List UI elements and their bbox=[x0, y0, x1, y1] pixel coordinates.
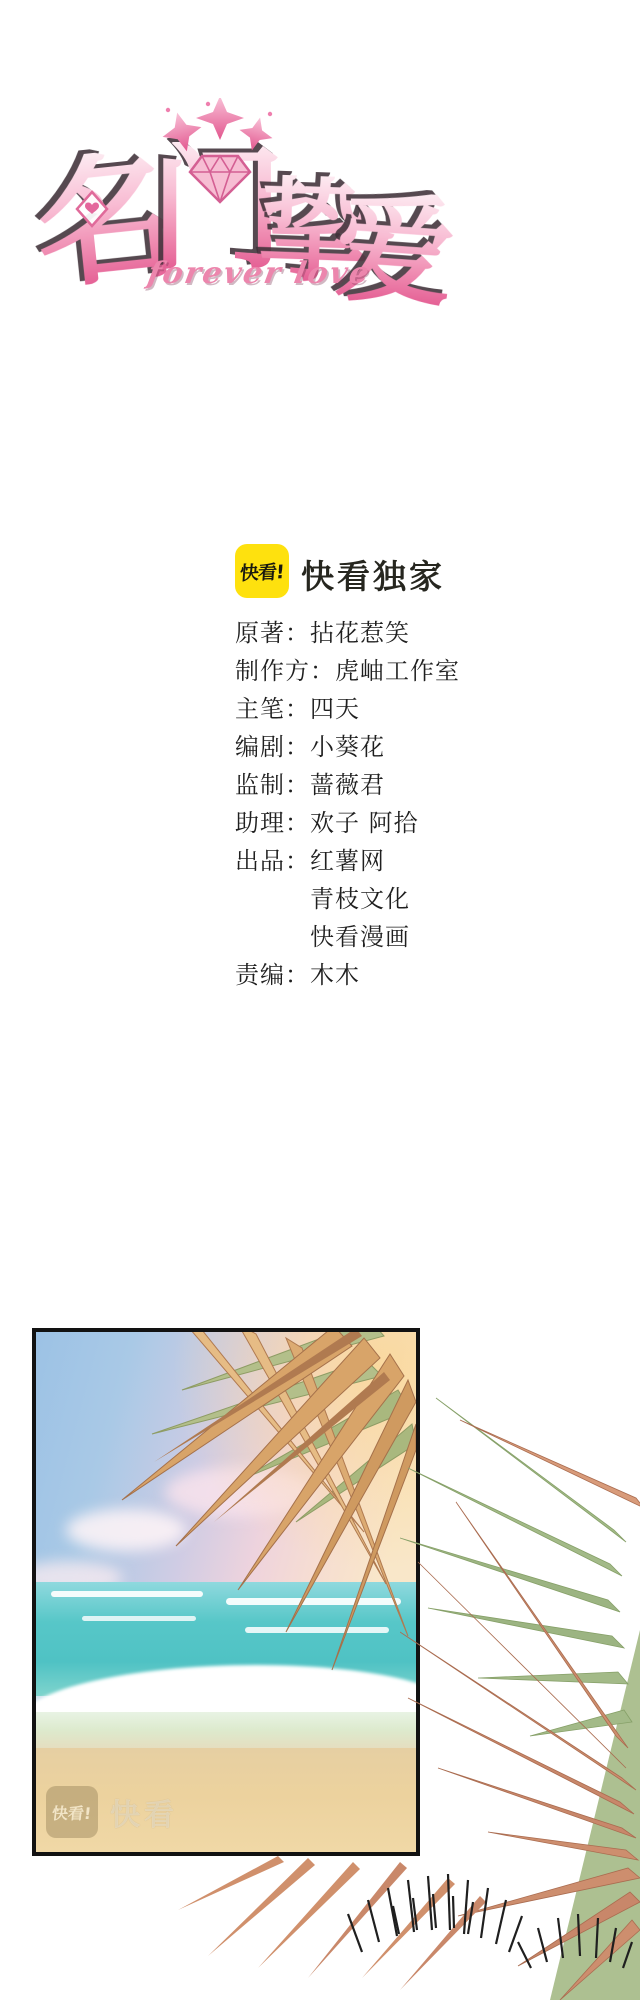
credit-lead-artist: 主笔：四天 bbox=[235, 690, 595, 728]
credit-supervisor: 监制：蔷薇君 bbox=[235, 766, 595, 804]
spiky-grass-lines bbox=[348, 1874, 632, 1968]
credits-list: 原著：拈花惹笑 制作方：虎岫工作室 主笔：四天 编剧：小葵花 监制：蔷薇君 助理… bbox=[235, 614, 595, 994]
palm-fronds-inside-photo bbox=[34, 1332, 416, 1852]
credit-presented-by-3: 快看漫画 bbox=[235, 918, 595, 956]
credit-original-author: 原著：拈花惹笑 bbox=[235, 614, 595, 652]
title-subtitle: forever love bbox=[145, 256, 374, 291]
credit-assistant: 助理：欢子 阿拾 bbox=[235, 804, 595, 842]
kuaikan-badge-text: 快看! bbox=[239, 557, 285, 586]
title-logo: 名 门 挚 爱 forever love bbox=[0, 0, 640, 340]
credit-production: 制作方：虎岫工作室 bbox=[235, 652, 595, 690]
kuaikan-logo-icon: 快看! bbox=[235, 544, 289, 598]
credit-screenwriter: 编剧：小葵花 bbox=[235, 728, 595, 766]
title-char-4: 爱 bbox=[332, 188, 458, 314]
palm-fronds-bottom bbox=[150, 1856, 640, 2000]
publisher-row: 快看! 快看独家 bbox=[0, 540, 640, 602]
credit-editor: 责编：木木 bbox=[235, 956, 595, 994]
publisher-exclusive-label: 快看独家 bbox=[301, 551, 445, 598]
comic-title-page: 名 门 挚 爱 forever love 快看! 快看独家 原著：拈花惹笑 制作… bbox=[0, 0, 640, 2000]
kuaikan-watermark: 快看! 快看 bbox=[46, 1786, 178, 1838]
credit-presented-by: 出品：红薯网 bbox=[235, 842, 595, 880]
diamond-sparkles-icon bbox=[158, 98, 276, 204]
heart-diamond-icon bbox=[74, 190, 110, 230]
credit-presented-by-2: 青枝文化 bbox=[235, 880, 595, 918]
kuaikan-watermark-text: 快看 bbox=[110, 1790, 178, 1834]
beach-photo: 快看! 快看 bbox=[32, 1328, 420, 1856]
kuaikan-watermark-icon: 快看! bbox=[46, 1786, 98, 1838]
